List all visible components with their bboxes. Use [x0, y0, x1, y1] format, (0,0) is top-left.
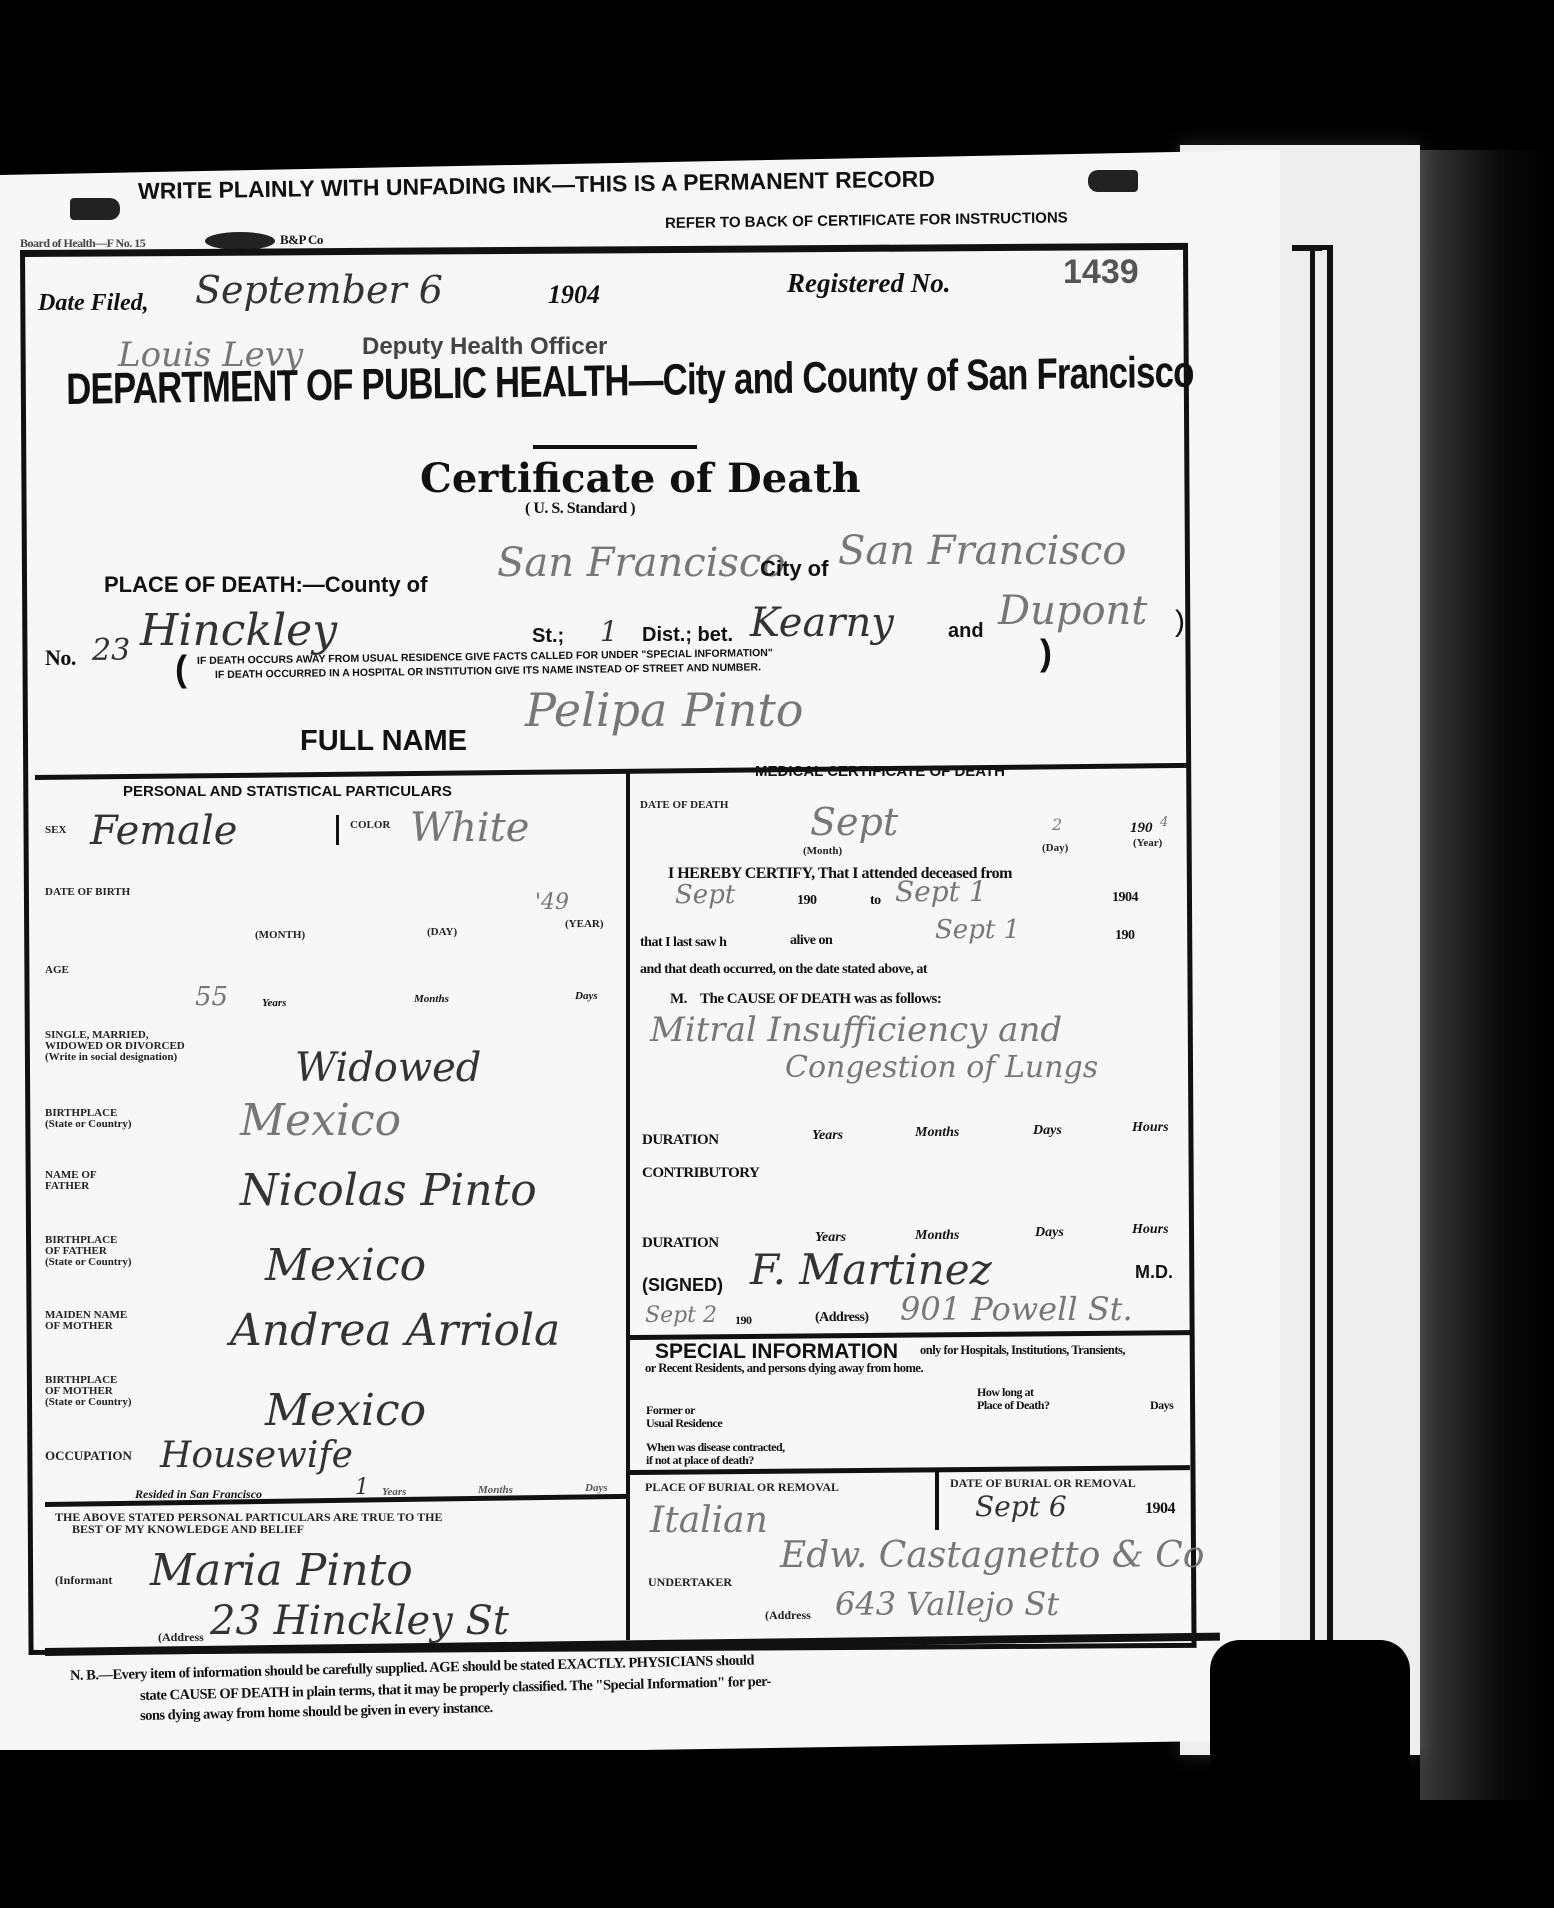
alive-on-label: alive on — [790, 933, 832, 949]
sex-label: SEX — [45, 825, 66, 836]
physician-signature: F. Martinez — [750, 1245, 992, 1294]
resided-years: 1 — [355, 1475, 369, 1500]
scanner-clip-shadow — [1210, 1640, 1410, 1820]
informant-label: (Informant — [55, 1575, 112, 1586]
burial-date: Sept 6 — [975, 1490, 1067, 1523]
physician-address: 901 Powell St. — [900, 1290, 1133, 1328]
burial-date-label: DATE of BURIAL or REMOVAL — [950, 1478, 1136, 1489]
father-label-2: FATHER — [45, 1181, 89, 1192]
sex-color-divider — [336, 815, 339, 845]
title-divider — [533, 445, 697, 449]
between-street-2: Dupont — [998, 588, 1147, 634]
dob-month-caption: (Month) — [255, 930, 305, 941]
registered-number: 1439 — [1063, 253, 1139, 292]
district-label: Dist.; bet. — [642, 624, 733, 647]
physician-address-label: (Address) — [815, 1310, 869, 1326]
father-bp-label-3: (State or Country) — [45, 1257, 132, 1268]
mother-bp-label-3: (State or Country) — [45, 1397, 132, 1408]
attended-from: Sept — [675, 880, 735, 910]
mother-birthplace-value: Mexico — [265, 1385, 426, 1436]
age-label: AGE — [45, 965, 69, 976]
resided-days-caption: Days — [585, 1482, 608, 1494]
father-value: Nicolas Pinto — [240, 1165, 537, 1216]
street-number: 23 — [92, 633, 130, 668]
days-label: Days — [1150, 1398, 1173, 1413]
father-birthplace-value: Mexico — [265, 1240, 426, 1291]
duration2-label: DURATION — [642, 1235, 719, 1252]
to-year: 1904 — [1112, 890, 1138, 906]
cause-line1: Mitral Insufficiency and — [650, 1010, 1062, 1050]
paren-open: ( — [175, 648, 187, 690]
full-name-value: Pelipa Pinto — [525, 683, 804, 737]
duration-hours: Hours — [1132, 1120, 1169, 1136]
dob-year-caption: (Year) — [565, 919, 604, 930]
certificate-title: Certificate of Death — [420, 455, 861, 502]
informant-address: 23 Hinckley St — [210, 1598, 509, 1644]
duration-label: DURATION — [642, 1132, 719, 1149]
informant-address-label: (Address — [158, 1632, 204, 1643]
contracted-label-2: if not at place of death? — [646, 1453, 754, 1468]
signed-date: Sept 2 — [645, 1303, 717, 1328]
and-label: and — [948, 620, 984, 643]
date-filed-value: September 6 — [195, 268, 443, 312]
last-saw-year: 190 — [1115, 928, 1135, 944]
mother-label-2: OF MOTHER — [45, 1321, 113, 1332]
personal-heading: PERSONAL AND STATISTICAL PARTICULARS — [123, 783, 452, 800]
burial-year: 1904 — [1145, 1500, 1175, 1518]
special-heading-note: only for Hospitals, Institutions, Transi… — [920, 1343, 1125, 1358]
duration2-months: Months — [915, 1228, 959, 1244]
duration2-days: Days — [1035, 1225, 1064, 1241]
how-long-label-2: Place of Death? — [977, 1398, 1049, 1413]
dod-year-prefix: 190 — [1130, 820, 1153, 837]
paren-close: ) — [1040, 632, 1052, 674]
duration2-hours: Hours — [1132, 1222, 1169, 1238]
special-heading-note-2: or Recent Residents, and persons dying a… — [645, 1361, 923, 1376]
to-label: to — [870, 893, 881, 909]
column-divider — [626, 770, 630, 1640]
age-years: 55 — [195, 982, 228, 1012]
cause-line2: Congestion of Lungs — [785, 1050, 1098, 1085]
signed-year: 190 — [735, 1313, 752, 1328]
undertaker-value: Edw. Castagnetto & Co — [780, 1535, 1204, 1576]
street-number-label: No. — [45, 645, 76, 671]
former-residence-label-2: Usual Residence — [646, 1416, 722, 1431]
burial-place-label: PLACE OF BURIAL OR REMOVAL — [645, 1482, 839, 1493]
signed-label: (SIGNED) — [642, 1275, 723, 1296]
district-value: 1 — [600, 615, 618, 648]
birthplace-value: Mexico — [240, 1095, 401, 1146]
union-label-icon — [205, 232, 275, 250]
last-saw-date: Sept 1 — [935, 915, 1020, 945]
background-page-border — [1310, 245, 1333, 1705]
attended-to: Sept 1 — [895, 875, 987, 908]
from-year: 190 — [797, 893, 817, 909]
informant-statement-2: BEST OF MY KNOWLEDGE AND BELIEF — [72, 1524, 304, 1535]
city-value: San Francisco — [838, 528, 1126, 574]
death-occurred-text: and that death occurred, on the date sta… — [640, 962, 927, 978]
medical-heading: MEDICAL CERTIFICATE OF DEATH — [755, 763, 1005, 780]
dod-month: Sept — [810, 800, 898, 844]
city-label: City of — [760, 556, 828, 582]
cause-label: The CAUSE OF DEATH was as follows: — [700, 991, 941, 1008]
dod-month-caption: (Month) — [803, 846, 842, 857]
burial-place: Italian — [650, 1500, 768, 1541]
contributory-label: CONTRIBUTORY — [642, 1165, 759, 1182]
age-months-caption: Months — [414, 993, 449, 1005]
registered-label: Registered No. — [787, 268, 950, 299]
dob-label: DATE OF BIRTH — [45, 887, 130, 898]
burial-column-divider — [935, 1470, 939, 1530]
dod-day: 2 — [1052, 815, 1062, 834]
mother-value: Andrea Arriola — [230, 1305, 560, 1356]
pointing-hand-icon — [1088, 170, 1138, 192]
dod-day-caption: (Day) — [1042, 843, 1068, 854]
duration-years: Years — [812, 1128, 843, 1144]
occupation-label: OCCUPATION — [45, 1450, 132, 1461]
dob-day-caption: (Day) — [427, 927, 457, 938]
street-label: St.; — [532, 625, 564, 648]
birthplace-label-2: (State or Country) — [45, 1119, 132, 1130]
pointing-hand-icon — [70, 198, 120, 220]
color-value: White — [410, 805, 529, 851]
md-label: M.D. — [1135, 1262, 1173, 1283]
place-of-death-label: PLACE OF DEATH:—County of — [104, 572, 427, 598]
date-filed-year: 1904 — [548, 280, 600, 310]
paren-close: ) — [1175, 605, 1185, 639]
duration2-years: Years — [815, 1230, 846, 1246]
age-days-caption: Days — [575, 990, 598, 1002]
m-label: M. — [670, 991, 687, 1008]
printer-mark: B&P Co — [280, 232, 323, 248]
occupation-value: Housewife — [160, 1435, 353, 1476]
duration-months: Months — [915, 1125, 959, 1141]
color-label: COLOR — [350, 820, 390, 831]
full-name-label: FULL NAME — [300, 725, 467, 758]
duration-days: Days — [1033, 1123, 1062, 1139]
age-years-caption: Years — [262, 997, 286, 1009]
date-filed-label: Date Filed, — [38, 290, 149, 317]
dod-year-caption: (Year) — [1133, 838, 1162, 849]
dod-year-suffix: 4 — [1160, 815, 1168, 830]
undertaker-address: 643 Vallejo St — [835, 1585, 1059, 1623]
last-saw-label: that I last saw h — [640, 935, 726, 951]
marital-value: Widowed — [295, 1045, 481, 1091]
scanner-shadow — [1420, 150, 1554, 1800]
street-name: Hinckley — [140, 605, 337, 656]
marital-label-3: (Write in social designation) — [45, 1052, 177, 1063]
sex-value: Female — [90, 808, 237, 854]
undertaker-label: UNDERTAKER — [648, 1577, 732, 1588]
between-street-1: Kearny — [750, 600, 894, 646]
resided-months-caption: Months — [478, 1484, 513, 1496]
undertaker-address-label: (Address — [765, 1610, 811, 1621]
dod-label: DATE OF DEATH — [640, 800, 728, 811]
certificate-subtitle: ( U. S. Standard ) — [525, 500, 635, 518]
informant-name: Maria Pinto — [150, 1545, 413, 1596]
dob-year: '49 — [535, 890, 569, 915]
county-value: San Francisco — [497, 540, 785, 586]
